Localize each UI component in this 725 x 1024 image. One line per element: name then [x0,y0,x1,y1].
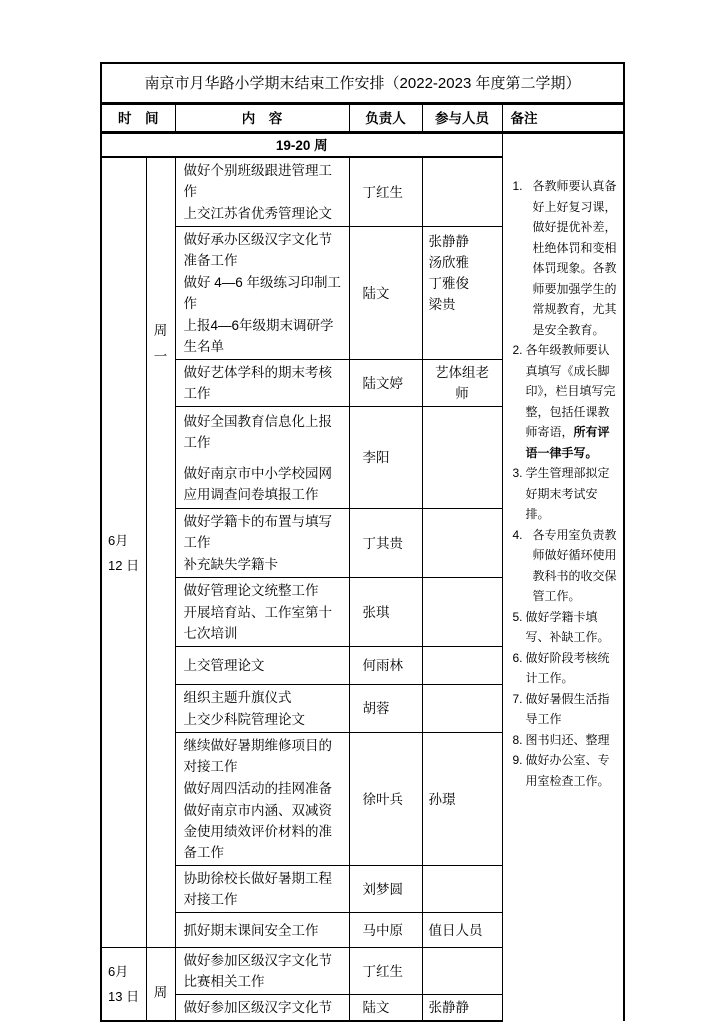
task-cell: 协助徐校长做好暑期工程对接工作 [175,866,349,913]
remark-text: 做好暑假生活指导工作 [526,689,621,730]
document-title: 南京市月华路小学期末结束工作安排（2022-2023 年度第二学期） [101,63,624,104]
remark-number: 1. [513,176,533,340]
remark-number: 2. [513,340,526,463]
participants-cell [422,647,502,685]
remark-text: 做好办公室、专用室检查工作。 [526,750,621,791]
participants-cell: 张静静 汤欣雅 丁雅俊 梁贵 [422,227,502,360]
header-time: 时 间 [101,104,175,133]
remark-item: 1.各教师要认真备好上好复习课，做好提优补差，杜绝体罚和变相体罚现象。各教师要加… [513,176,621,340]
participants-cell [422,685,502,733]
header-participants: 参与人员 [422,104,502,133]
participants-cell: 孙璟 [422,733,502,866]
remark-item: 6.做好阶段考核统计工作。 [513,648,621,689]
remark-item: 9.做好办公室、专用室检查工作。 [513,750,621,791]
weekday-cell: 周一 [146,157,175,948]
remark-number: 9. [513,750,526,791]
participants-cell [422,509,502,578]
lead-cell: 何雨林 [349,647,422,685]
document-page: 南京市月华路小学期末结束工作安排（2022-2023 年度第二学期） 时 间 内… [0,0,725,1024]
schedule-table: 南京市月华路小学期末结束工作安排（2022-2023 年度第二学期） 时 间 内… [100,62,625,1022]
remark-text: 图书归还、整理 [526,730,621,751]
lead-cell: 丁红生 [349,157,422,227]
week-banner: 19-20 周 [101,133,502,158]
remark-text: 学生管理部拟定好期末考试安排。 [526,463,621,525]
remark-text: 各年级教师要认真填写《成长脚印》，栏目填写完整，包括任课教师寄语，所有评语一律手… [526,340,621,463]
task-cell: 继续做好暑期维修项目的对接工作做好周四活动的挂网准备做好南京市内涵、双减资金使用… [175,733,349,866]
participants-cell [422,866,502,913]
remark-item: 5.做好学籍卡填写、补缺工作。 [513,607,621,648]
date-cell: 6月13 日 [101,948,146,1022]
remark-text: 做好阶段考核统计工作。 [526,648,621,689]
remark-item: 4.各专用室负责教师做好循环使用教科书的收交保管工作。 [513,525,621,607]
participants-cell [422,948,502,995]
header-lead: 负责人 [349,104,422,133]
lead-cell: 胡蓉 [349,685,422,733]
remark-number: 4. [513,525,533,607]
remark-number: 5. [513,607,526,648]
remark-text: 各专用室负责教师做好循环使用教科书的收交保管工作。 [533,525,621,607]
participants-cell: 值日人员 [422,913,502,948]
week-banner-row: 19-20 周 1.各教师要认真备好上好复习课，做好提优补差，杜绝体罚和变相体罚… [101,133,624,158]
remark-number: 3. [513,463,526,525]
header-remark: 备注 [502,104,624,133]
date-cell: 6月12 日 [101,157,146,948]
title-row: 南京市月华路小学期末结束工作安排（2022-2023 年度第二学期） [101,63,624,104]
lead-cell: 丁红生 [349,948,422,995]
task-cell: 组织主题升旗仪式上交少科院管理论文 [175,685,349,733]
task-cell: 上交管理论文 [175,647,349,685]
header-row: 时 间 内 容 负责人 参与人员 备注 [101,104,624,133]
task-cell: 做好个别班级跟进管理工作上交江苏省优秀管理论文 [175,157,349,227]
task-cell: 做好承办区级汉字文化节准备工作做好 4—6 年级练习印制工作上报4—6年级期末调… [175,227,349,360]
remarks-cell: 1.各教师要认真备好上好复习课，做好提优补差，杜绝体罚和变相体罚现象。各教师要加… [502,133,624,1022]
remark-number: 6. [513,648,526,689]
remark-item: 8.图书归还、整理 [513,730,621,751]
task-cell: 做好参加区级汉字文化节 [175,995,349,1022]
lead-cell: 丁其贵 [349,509,422,578]
remark-text: 做好学籍卡填写、补缺工作。 [526,607,621,648]
remark-number: 8. [513,730,526,751]
remark-number: 7. [513,689,526,730]
remark-text: 各教师要认真备好上好复习课，做好提优补差，杜绝体罚和变相体罚现象。各教师要加强学… [533,176,621,340]
remark-item: 3.学生管理部拟定好期末考试安排。 [513,463,621,525]
task-cell: 做好参加区级汉字文化节比赛相关工作 [175,948,349,995]
task-cell: 做好管理论文统整工作开展培育站、工作室第十七次培训 [175,578,349,647]
lead-cell: 李阳 [349,407,422,509]
task-cell: 做好艺体学科的期末考核工作 [175,360,349,407]
remark-item: 2.各年级教师要认真填写《成长脚印》，栏目填写完整，包括任课教师寄语，所有评语一… [513,340,621,463]
lead-cell: 陆文婷 [349,360,422,407]
task-cell: 抓好期末课间安全工作 [175,913,349,948]
participants-cell: 艺体组老师 [422,360,502,407]
lead-cell: 马中原 [349,913,422,948]
task-cell: 做好学籍卡的布置与填写工作补充缺失学籍卡 [175,509,349,578]
participants-cell [422,157,502,227]
lead-cell: 刘梦圆 [349,866,422,913]
task-cell: 做好全国教育信息化上报工作做好南京市中小学校园网应用调查问卷填报工作 [175,407,349,509]
header-content: 内 容 [175,104,349,133]
weekday-cell: 周 [146,948,175,1022]
lead-cell: 张琪 [349,578,422,647]
remark-item: 7.做好暑假生活指导工作 [513,689,621,730]
lead-cell: 徐叶兵 [349,733,422,866]
participants-cell [422,578,502,647]
participants-cell: 张静静 [422,995,502,1022]
lead-cell: 陆文 [349,995,422,1022]
participants-cell [422,407,502,509]
lead-cell: 陆文 [349,227,422,360]
